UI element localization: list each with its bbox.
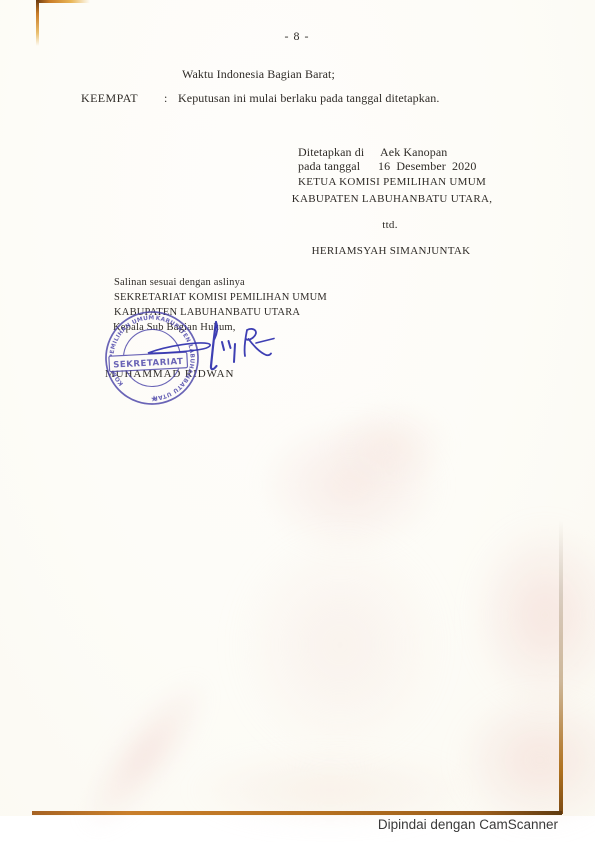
stamp-star-icon: ★ bbox=[150, 393, 159, 403]
signature-stroke bbox=[222, 341, 231, 350]
scanned-paper: - 8 - Waktu Indonesia Bagian Barat; KEEM… bbox=[0, 0, 595, 816]
enactment-place-value: Aek Kanopan bbox=[380, 145, 447, 160]
camscanner-watermark: Dipindai dengan CamScanner bbox=[378, 817, 558, 832]
enactment-date-value: 16 Desember 2020 bbox=[378, 159, 476, 174]
scan-shadow-blob bbox=[330, 400, 450, 490]
clause-text: Keputusan ini mulai berlaku pada tanggal… bbox=[178, 91, 439, 106]
scan-shadow-blob bbox=[255, 415, 445, 555]
scan-edge-top-left bbox=[36, 0, 90, 3]
page-number: - 8 - bbox=[285, 29, 310, 44]
body-continuation-line: Waktu Indonesia Bagian Barat; bbox=[182, 67, 335, 82]
signature-stroke bbox=[234, 344, 235, 362]
scan-shadow-blob bbox=[455, 690, 595, 830]
signature-stroke bbox=[148, 343, 210, 353]
certification-line1: Salinan sesuai dengan aslinya bbox=[114, 277, 245, 288]
certification-line2: SEKRETARIAT KOMISI PEMILIHAN UMUM bbox=[114, 292, 327, 303]
scan-edge-left bbox=[36, 0, 39, 46]
enactment-date-label: pada tanggal bbox=[298, 159, 360, 174]
signature-stroke bbox=[211, 322, 217, 369]
handwritten-signature bbox=[140, 312, 305, 382]
scan-edge-bottom bbox=[32, 811, 562, 815]
scan-shadow-blob bbox=[470, 520, 595, 710]
authority-title-line1: KETUA KOMISI PEMILIHAN UMUM bbox=[298, 176, 486, 188]
clause-label: KEEMPAT bbox=[81, 91, 138, 106]
scan-shadow-blob bbox=[235, 530, 445, 760]
clause-separator: : bbox=[164, 91, 167, 106]
chairman-name: HERIAMSYAH SIMANJUNTAK bbox=[312, 245, 471, 257]
scan-shadow-blob bbox=[63, 662, 227, 842]
signed-marker: ttd. bbox=[382, 219, 398, 231]
enactment-place-label: Ditetapkan di bbox=[298, 145, 364, 160]
signature-stroke bbox=[256, 339, 274, 344]
authority-title-line2: KABUPATEN LABUHANBATU UTARA, bbox=[292, 193, 493, 205]
scan-edge-right bbox=[559, 520, 563, 814]
